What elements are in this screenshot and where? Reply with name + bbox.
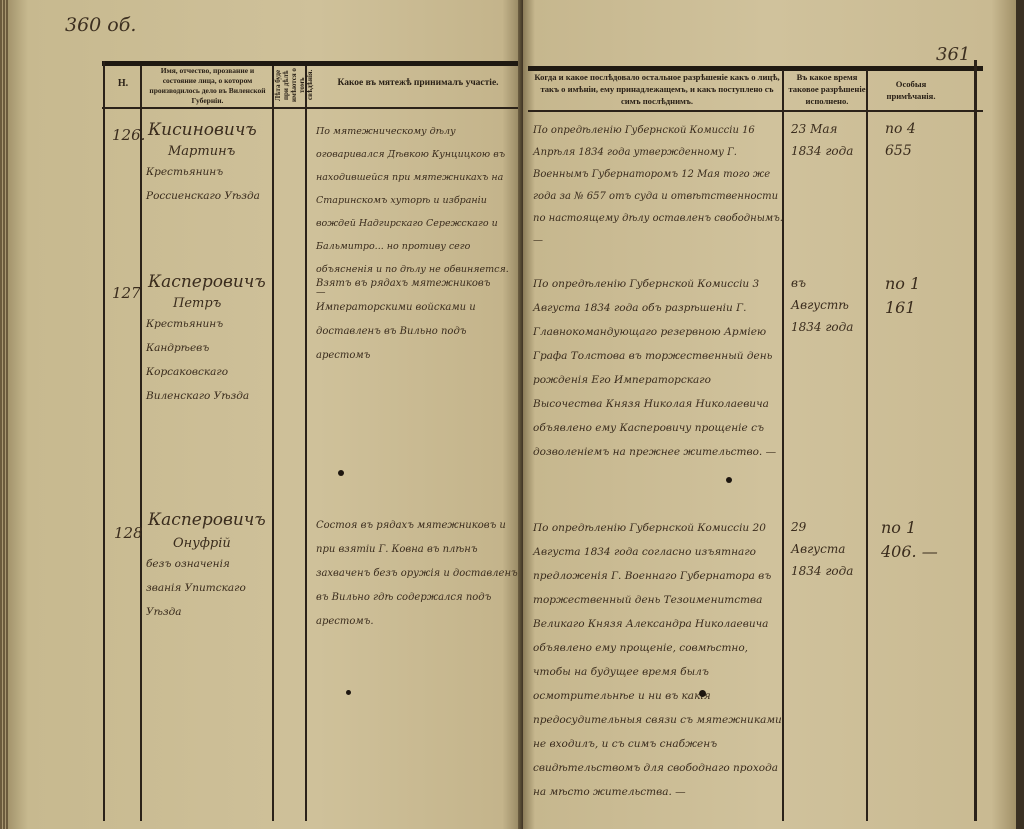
folio-note: 360 об.	[65, 14, 136, 36]
entry-remarks: по 1 161	[885, 272, 945, 320]
ink-spot	[726, 477, 732, 483]
entry-number: 127	[112, 284, 141, 302]
column-line	[103, 61, 105, 821]
entry-participation: Состоя въ рядахъ мятежниковъ и при взяті…	[316, 514, 521, 634]
entry-executed-when: въ Августѣ 1834 года	[791, 272, 863, 338]
left-page: 360 об. Н. Имя, отчество, прозвание и со…	[8, 0, 523, 829]
header-number: Н.	[108, 78, 138, 89]
entry-resolution: По опредѣленію Губернской Комиссіи 20 Ав…	[533, 516, 783, 804]
entry-status: безъ означенія званія Упитскаго Уѣзда	[146, 552, 268, 624]
open-ledger-book: 360 об. Н. Имя, отчество, прозвание и со…	[0, 0, 1024, 829]
entry-resolution: По опредѣленію Губернской Комиссіи 3 Авг…	[533, 272, 783, 464]
entry-executed-when: 23 Мая 1834 года	[791, 118, 863, 162]
column-line	[140, 66, 142, 821]
page-number: 361	[936, 44, 970, 65]
entry-surname: Касперовичъ	[148, 270, 273, 294]
column-line	[272, 66, 274, 821]
column-line	[866, 70, 868, 821]
column-line	[974, 60, 977, 821]
header-name: Имя, отчество, прозвание и состояние лиц…	[145, 66, 270, 106]
header-participation: Какое въ мятежѣ принималъ участіе.	[313, 78, 523, 89]
ink-spot	[346, 690, 351, 695]
ink-spot	[699, 690, 706, 697]
right-page: 361 Когда и какое послѣдовало остальное …	[523, 0, 1016, 829]
entry-surname: Кисиновичъ	[148, 118, 273, 142]
entry-number: 126.	[112, 126, 145, 144]
header-bottom-rule	[102, 107, 522, 109]
entry-resolution: По опредѣленію Губернской Комиссіи 16 Ап…	[533, 120, 783, 252]
header-resolution: Когда и какое послѣдовало остальное разр…	[531, 71, 783, 107]
entry-participation: Взятъ въ рядахъ мятежниковъ Императорски…	[316, 272, 521, 368]
header-bottom-rule	[528, 110, 983, 112]
entry-remarks: по 4 655	[885, 118, 945, 162]
entry-status: Крестьянинъ Кандрѣевъ Корсаковскаго Виле…	[146, 312, 268, 408]
entry-number: 128	[114, 524, 143, 542]
ink-spot	[338, 470, 344, 476]
header-executed-when: Въ какое время таковое разрѣшеніе исполн…	[786, 71, 868, 107]
column-line	[305, 66, 307, 821]
header-remarks: Особыя примѣчанія.	[871, 78, 951, 102]
entry-status: Крестьянинъ Россиенскаго Уѣзда	[146, 160, 266, 208]
entry-surname: Касперовичъ	[148, 508, 273, 532]
entry-executed-when: 29 Августа 1834 года	[791, 516, 863, 582]
header-age: Лѣта буде при дѣлѣ имѣются о томъ свѣдѣн…	[274, 64, 304, 106]
entry-remarks: по 1 406. —	[881, 516, 951, 564]
